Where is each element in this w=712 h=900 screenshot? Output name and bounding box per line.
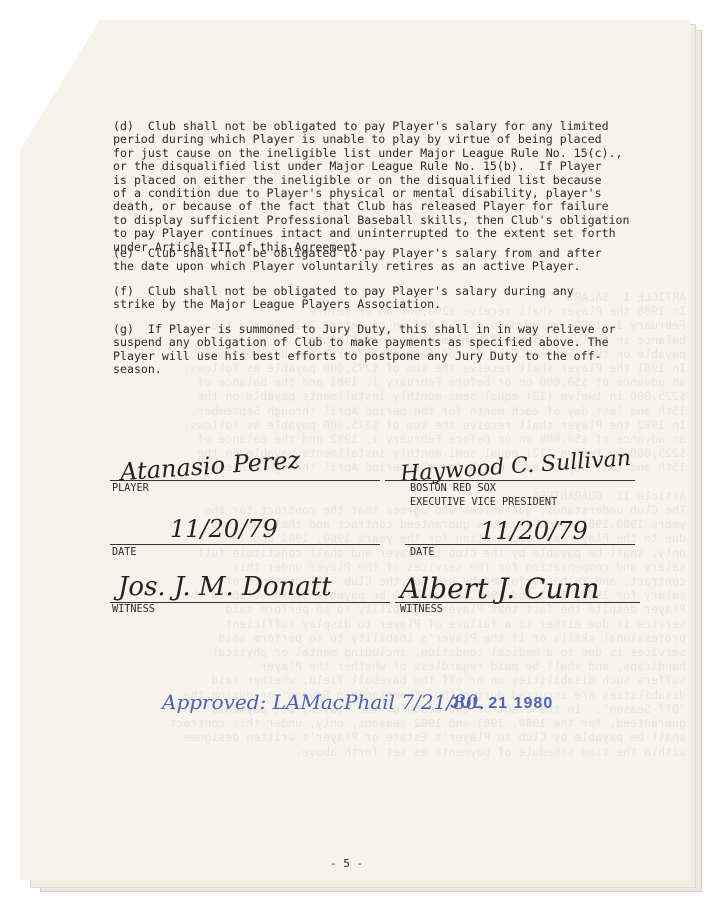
- club-date-label: DATE: [410, 547, 435, 558]
- clause-d: (d) Club shall not be obligated to pay P…: [113, 120, 673, 254]
- player-signature-line: [110, 480, 380, 481]
- witness1-line: [110, 602, 390, 603]
- club-date-line: [405, 544, 635, 545]
- clause-f: (f) Club shall not be obligated to pay P…: [113, 285, 673, 312]
- witness1-label: WITNESS: [112, 604, 155, 615]
- club-label-team: BOSTON RED SOX: [410, 483, 496, 494]
- witness2-label: WITNESS: [400, 604, 443, 615]
- date-stamp: JUL 21 1980: [450, 695, 553, 713]
- player-date: 11/20/79: [170, 515, 278, 543]
- clause-g: (g) If Player is summoned to Jury Duty, …: [113, 323, 673, 377]
- player-date-label: DATE: [112, 547, 137, 558]
- club-signature-line: [385, 480, 635, 481]
- witness2-line: [395, 602, 640, 603]
- club-label-title: EXECUTIVE VICE PRESIDENT: [410, 497, 557, 508]
- witness2-signature: Albert J. Cunn: [400, 572, 600, 605]
- page-number: - 5 -: [330, 857, 363, 870]
- player-date-line: [110, 544, 380, 545]
- player-label: PLAYER: [112, 483, 149, 494]
- clause-e: (e) Club shall not be obligated to pay P…: [113, 247, 673, 274]
- club-date: 11/20/79: [480, 517, 588, 545]
- witness1-signature: Jos. J. M. Donatt: [118, 572, 332, 602]
- approval-note: Approved: LAMacPhail 7/21/80.: [162, 690, 485, 714]
